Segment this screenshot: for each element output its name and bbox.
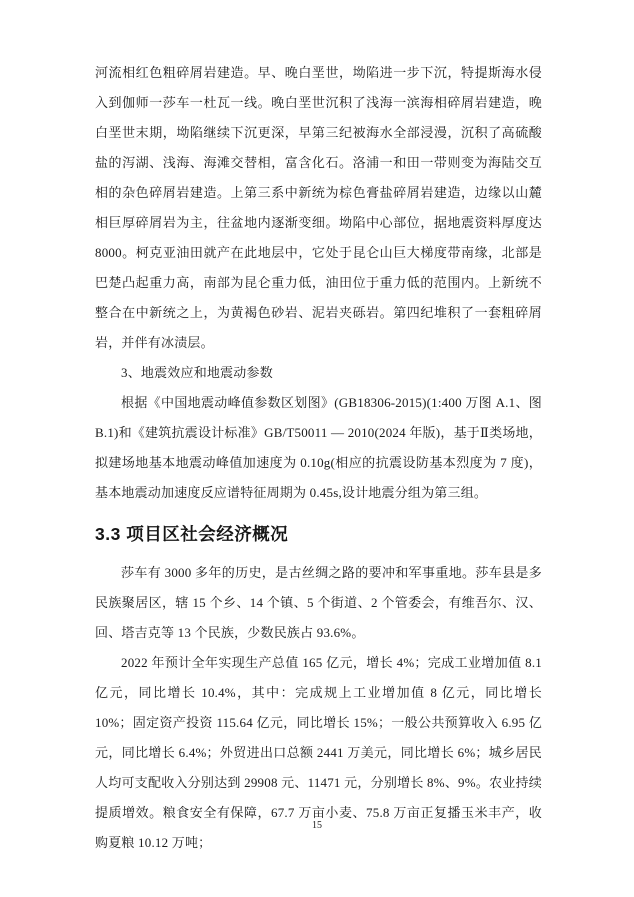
paragraph-seismic-parameters: 根据《中国地震动峰值参数区划图》(GB18306-2015)(1:400 万图 … <box>95 388 542 508</box>
paragraph-county-overview: 莎车有 3000 多年的历史，是古丝绸之路的要冲和军事重地。莎车县是多民族聚居区… <box>95 558 542 648</box>
page-number: 15 <box>0 820 634 831</box>
paragraph-geology-continued: 河流相红色粗碎屑岩建造。早、晚白垩世，坳陷进一步下沉，特提斯海水侵入到伽师一莎车… <box>95 58 542 358</box>
section-heading-socioeconomic: 3.3 项目区社会经济概况 <box>95 521 542 547</box>
page-content: 河流相红色粗碎屑岩建造。早、晚白垩世，坳陷进一步下沉，特提斯海水侵入到伽师一莎车… <box>95 58 542 858</box>
subheading-seismic-effects: 3、地震效应和地震动参数 <box>95 358 542 388</box>
document-page: 河流相红色粗碎屑岩建造。早、晚白垩世，坳陷进一步下沉，特提斯海水侵入到伽师一莎车… <box>0 0 634 897</box>
